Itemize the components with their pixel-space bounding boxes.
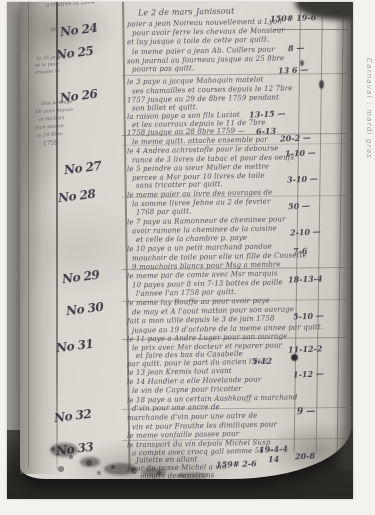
amount-value: 2-10 — (290, 227, 321, 236)
amount-value: 9 — (297, 408, 316, 418)
text-line: Le 2 de mars (138, 8, 193, 17)
amount-value: 7-6 (293, 247, 308, 255)
amount-value: 8 — (288, 44, 305, 53)
amount-value: 1-12 — (293, 369, 324, 378)
ink-smear (319, 80, 324, 89)
margin-note: 1759 (43, 140, 59, 147)
amount-value: 1-10 — (285, 148, 316, 157)
stain (178, 472, 208, 480)
amount-value: 5-12 (252, 357, 272, 366)
margin-note: Mr (50, 28, 58, 34)
amount-value: 13 6 — (278, 65, 309, 74)
amount-value: 11-12-2 (288, 344, 323, 353)
amount-value: 6-13 (256, 127, 276, 136)
ink-blot (291, 354, 298, 361)
text-line: 1768 par quitt. (136, 208, 192, 216)
stain (142, 468, 166, 477)
amount-value: 50 — (288, 202, 310, 211)
text-line: Janissout (196, 8, 235, 17)
photo-border-annotation: Carnaval : mardi gras (358, 58, 372, 273)
amount-value: 159# 2-6 (216, 459, 257, 468)
amount-value: 14 (268, 455, 279, 463)
amount-value: 5-10 — (293, 311, 324, 320)
right-shadow-band (334, 2, 353, 470)
photo: Le 2 de marsJanissoutpaier a jean Noirea… (7, 2, 353, 499)
page-left-edge (28, 2, 29, 468)
amount-value: 20-8 (295, 452, 315, 461)
ink-tick (300, 60, 304, 66)
amount-value: 3-10 — (287, 174, 318, 183)
text-line: pourra pas quitt. (132, 65, 195, 73)
photograph-of-ledger-page: { "photo": { "border_annotation": "Carna… (0, 0, 375, 515)
amount-value: 13-15 — (249, 109, 286, 118)
stain (50, 443, 78, 457)
amount-value: 18-13-4 (288, 274, 323, 283)
photo-stage: Le 2 de marsJanissoutpaier a jean Noirea… (7, 2, 353, 499)
amount-value: 19-4-4 (259, 444, 288, 453)
amount-value: 20-2 — (280, 133, 311, 142)
stain (80, 457, 100, 467)
stain (104, 463, 136, 475)
